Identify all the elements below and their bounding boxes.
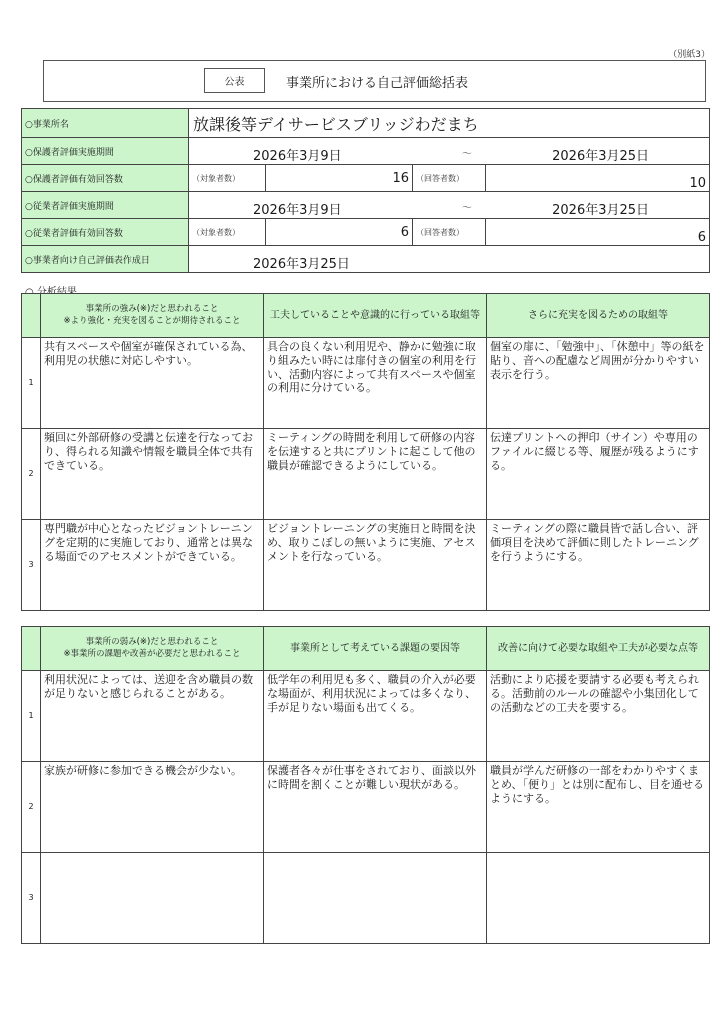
guardian-period-end: 2026年3月25日 bbox=[552, 145, 649, 164]
office-name-label: ○事業所名 bbox=[22, 109, 189, 138]
header-weaknesses: 事業所の弱み(※)だと思われること ※事業所の課題や改善が必要だと思われること bbox=[41, 627, 264, 671]
info-row-guardian-period: ○保護者評価実施期間 2026年3月9日 ～ 2026年3月25日 bbox=[22, 138, 710, 165]
improvement-cell[interactable] bbox=[487, 853, 710, 944]
row-index: 3 bbox=[22, 853, 41, 944]
cause-cell[interactable]: 保護者各々が仕事をされており、面談以外に時間を割くことが難しい現状がある。 bbox=[264, 762, 487, 853]
table-row: 2 頻回に外部研修の受講と伝達を行なっており、得られる知識や情報を職員全体で共有… bbox=[22, 429, 710, 520]
guardian-respondent-count[interactable]: 10 bbox=[486, 165, 710, 192]
page-title: 事業所における自己評価総括表 bbox=[286, 72, 468, 91]
staff-period-start: 2026年3月9日 bbox=[253, 199, 342, 218]
further-effort-cell[interactable]: ミーティングの際に職員皆で話し合い、評価項目を決めて評価に則したトレーニングを行… bbox=[487, 520, 710, 611]
info-row-staff-period: ○従業者評価実施期間 2026年3月9日 ～ 2026年3月25日 bbox=[22, 192, 710, 219]
guardian-respondent-label: （回答者数） bbox=[413, 165, 486, 192]
header-further-efforts: さらに充実を図るための取組等 bbox=[487, 294, 710, 338]
info-row-guardian-responses: ○保護者評価有効回答数 （対象者数） 16 （回答者数） 10 bbox=[22, 165, 710, 192]
staff-period-label: ○従業者評価実施期間 bbox=[22, 192, 189, 219]
strength-cell[interactable]: 頻回に外部研修の受講と伝達を行なっており、得られる知識や情報を職員全体で共有でき… bbox=[41, 429, 264, 520]
table-row: 2 家族が研修に参加できる機会が少ない。 保護者各々が仕事をされており、面談以外… bbox=[22, 762, 710, 853]
header-improvements: 改善に向けて必要な取組や工夫が必要な点等 bbox=[487, 627, 710, 671]
created-date-label: ○事業者向け自己評価表作成日 bbox=[22, 246, 189, 273]
annex-label: （別紙3） bbox=[668, 47, 710, 60]
row-index: 3 bbox=[22, 520, 41, 611]
strength-cell[interactable]: 専門職が中心となったビジョントレーニングを定期的に実施しており、通常とは異なる場… bbox=[41, 520, 264, 611]
row-index: 2 bbox=[22, 762, 41, 853]
table-row: 3 bbox=[22, 853, 710, 944]
guardian-target-count[interactable]: 16 bbox=[266, 165, 413, 192]
staff-period-value[interactable]: 2026年3月9日 ～ 2026年3月25日 bbox=[189, 192, 710, 219]
info-row-office-name: ○事業所名 放課後等デイサービスブリッジわだまち bbox=[22, 109, 710, 138]
effort-cell[interactable]: ミーティングの時間を利用して研修の内容を伝達すると共にプリントに起こして他の職員… bbox=[264, 429, 487, 520]
row-index: 2 bbox=[22, 429, 41, 520]
info-row-created-date: ○事業者向け自己評価表作成日 2026年3月25日 bbox=[22, 246, 710, 273]
improvement-cell[interactable]: 職員が学んだ研修の一部をわかりやすくまとめ、「便り」とは別に配布し、目を通せるよ… bbox=[487, 762, 710, 853]
effort-cell[interactable]: 具合の良くない利用児や、静かに勉強に取り組みたい時には扉付きの個室の利用を行い、… bbox=[264, 338, 487, 429]
staff-responses-label: ○従業者評価有効回答数 bbox=[22, 219, 189, 246]
staff-period-end: 2026年3月25日 bbox=[552, 199, 649, 218]
guardian-period-label: ○保護者評価実施期間 bbox=[22, 138, 189, 165]
staff-target-label: （対象者数） bbox=[189, 219, 266, 246]
period-separator: ～ bbox=[462, 145, 472, 164]
row-index: 1 bbox=[22, 671, 41, 762]
table-row: 1 利用状況によっては、送迎を含め職員の数が足りないと感じられることがある。 低… bbox=[22, 671, 710, 762]
period-separator: ～ bbox=[462, 199, 472, 218]
cause-cell[interactable]: 低学年の利用児も多く、職員の介入が必要な場面が、利用状況によっては多くなり、手が… bbox=[264, 671, 487, 762]
row-index: 1 bbox=[22, 338, 41, 429]
improvement-cell[interactable]: 活動により応援を要請する必要も考えられる。活動前のルールの確認や小集団化しての活… bbox=[487, 671, 710, 762]
table-row: 1 共有スペースや個室が確保されている為、利用児の状態に対応しやすい。 具合の良… bbox=[22, 338, 710, 429]
strength-cell[interactable]: 共有スペースや個室が確保されている為、利用児の状態に対応しやすい。 bbox=[41, 338, 264, 429]
info-row-staff-responses: ○従業者評価有効回答数 （対象者数） 6 （回答者数） 6 bbox=[22, 219, 710, 246]
strengths-header-row: 事業所の強み(※)だと思われること ※より強化・充実を図ることが期待されること … bbox=[22, 294, 710, 338]
guardian-target-label: （対象者数） bbox=[189, 165, 266, 192]
staff-respondent-label: （回答者数） bbox=[413, 219, 486, 246]
weaknesses-header-row: 事業所の弱み(※)だと思われること ※事業所の課題や改善が必要だと思われること … bbox=[22, 627, 710, 671]
table-row: 3 専門職が中心となったビジョントレーニングを定期的に実施しており、通常とは異な… bbox=[22, 520, 710, 611]
cause-cell[interactable] bbox=[264, 853, 487, 944]
header-index bbox=[22, 627, 41, 671]
title-box: 公表 事業所における自己評価総括表 bbox=[43, 60, 706, 102]
weakness-cell[interactable]: 利用状況によっては、送迎を含め職員の数が足りないと感じられることがある。 bbox=[41, 671, 264, 762]
weakness-cell[interactable] bbox=[41, 853, 264, 944]
strengths-table: 事業所の強み(※)だと思われること ※より強化・充実を図ることが期待されること … bbox=[21, 293, 710, 611]
staff-target-count[interactable]: 6 bbox=[266, 219, 413, 246]
office-name-value[interactable]: 放課後等デイサービスブリッジわだまち bbox=[189, 109, 710, 138]
info-table: ○事業所名 放課後等デイサービスブリッジわだまち ○保護者評価実施期間 2026… bbox=[21, 108, 710, 273]
staff-respondent-count[interactable]: 6 bbox=[486, 219, 710, 246]
header-strengths: 事業所の強み(※)だと思われること ※より強化・充実を図ることが期待されること bbox=[41, 294, 264, 338]
header-efforts: 工夫していることや意識的に行っている取組等 bbox=[264, 294, 487, 338]
guardian-responses-label: ○保護者評価有効回答数 bbox=[22, 165, 189, 192]
public-badge: 公表 bbox=[204, 68, 265, 93]
guardian-period-value[interactable]: 2026年3月9日 ～ 2026年3月25日 bbox=[189, 138, 710, 165]
header-index bbox=[22, 294, 41, 338]
further-effort-cell[interactable]: 伝達プリントへの押印（サイン）や専用のファイルに綴じる等、履歴が残るようにする。 bbox=[487, 429, 710, 520]
created-date: 2026年3月25日 bbox=[253, 253, 350, 272]
effort-cell[interactable]: ビジョントレーニングの実施日と時間を決め、取りこぼしの無いように実施、アセスメン… bbox=[264, 520, 487, 611]
weakness-cell[interactable]: 家族が研修に参加できる機会が少ない。 bbox=[41, 762, 264, 853]
guardian-period-start: 2026年3月9日 bbox=[253, 145, 342, 164]
header-causes: 事業所として考えている課題の要因等 bbox=[264, 627, 487, 671]
weaknesses-table: 事業所の弱み(※)だと思われること ※事業所の課題や改善が必要だと思われること … bbox=[21, 626, 710, 944]
further-effort-cell[interactable]: 個室の扉に、「勉強中」、「休憩中」等の紙を貼り、音への配慮など周囲が分かりやすい… bbox=[487, 338, 710, 429]
created-date-value[interactable]: 2026年3月25日 bbox=[189, 246, 710, 273]
